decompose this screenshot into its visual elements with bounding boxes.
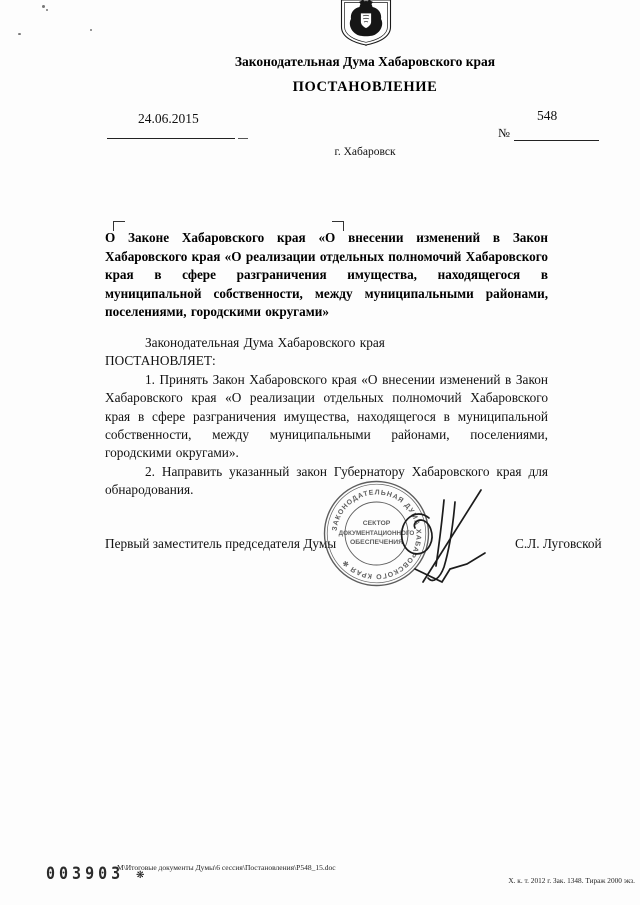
number-sign-label: № xyxy=(498,126,510,141)
signatory-position: Первый заместитель председателя Думы xyxy=(105,536,336,552)
document-number: 548 xyxy=(537,108,557,124)
registration-stamp-number: 003903 xyxy=(46,863,124,884)
organization-name: Законодательная Дума Хабаровского края xyxy=(95,54,635,70)
scan-speck xyxy=(46,9,48,11)
scan-speck xyxy=(90,29,92,31)
body-resolves: ПОСТАНОВЛЯЕТ: xyxy=(105,352,548,370)
document-body: Законодательная Дума Хабаровского края П… xyxy=(105,334,548,500)
print-run-info: Х. к. т. 2012 г. Зак. 1348. Тираж 2000 э… xyxy=(485,876,635,885)
number-underline xyxy=(514,140,599,141)
scan-speck xyxy=(42,5,45,8)
stamp-center-line1: СЕКТОР xyxy=(363,520,391,527)
document-title: О Законе Хабаровского края «О внесении и… xyxy=(105,229,548,322)
body-intro: Законодательная Дума Хабаровского края xyxy=(105,334,548,352)
date-underline xyxy=(107,138,235,139)
date-underline-dash xyxy=(238,138,248,139)
document-page: Законодательная Дума Хабаровского края П… xyxy=(0,0,640,905)
handwritten-signature xyxy=(392,487,488,589)
file-path: М\Итоговые документы Думы\6 сессия\Поста… xyxy=(117,863,336,872)
document-place: г. Хабаровск xyxy=(95,146,635,158)
asterisk-mark: ❋ xyxy=(136,870,144,881)
document-type-heading: ПОСТАНОВЛЕНИЕ xyxy=(95,79,635,96)
scan-speck xyxy=(18,33,21,35)
signatory-name: С.Л. Луговской xyxy=(515,536,602,552)
khabarovsk-coat-of-arms-icon xyxy=(339,0,393,46)
document-date: 24.06.2015 xyxy=(138,111,199,127)
body-item-1: 1. Принять Закон Хабаровского края «О вн… xyxy=(105,371,548,463)
